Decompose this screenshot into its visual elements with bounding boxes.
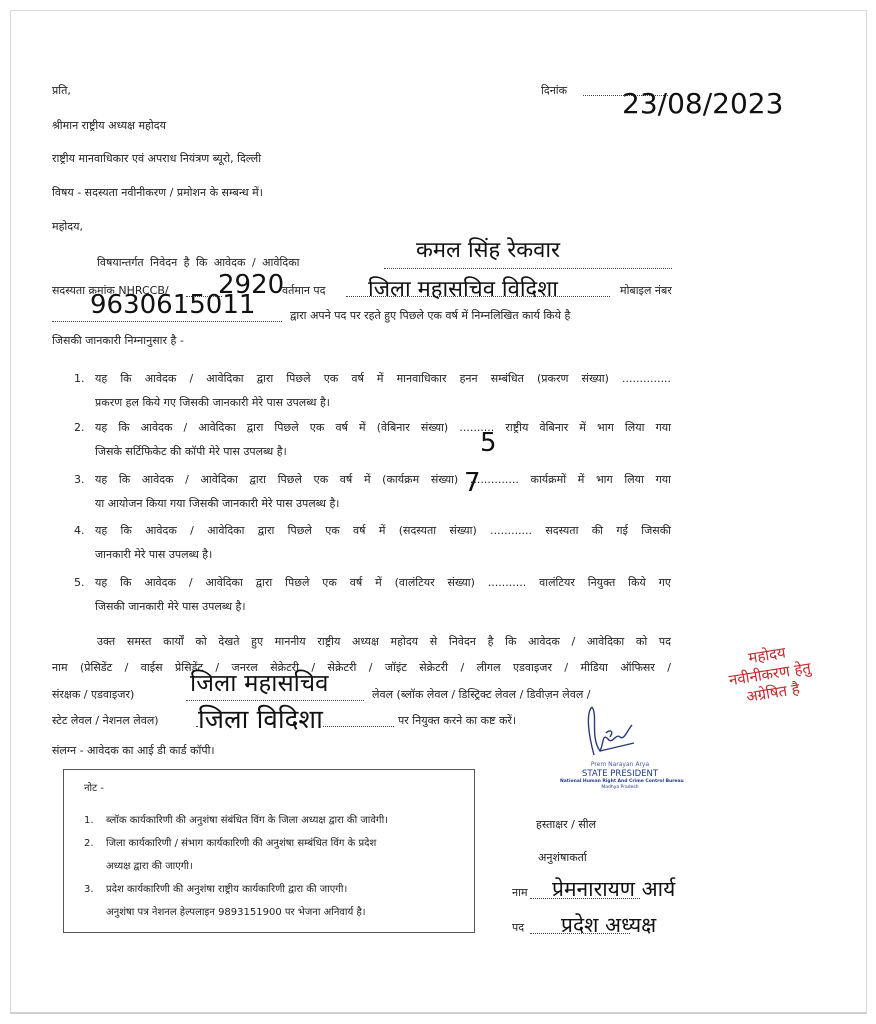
program-count: 7: [464, 468, 481, 498]
applicant-name-dots: [384, 268, 672, 269]
sign-seal-label: हस्ताक्षर / सील: [536, 818, 596, 832]
to-label: प्रति,: [52, 84, 71, 98]
salutation: महोदय,: [52, 220, 83, 234]
work-item-number: 3.: [74, 473, 85, 487]
request-line3-suffix: लेवल (ब्लॉक लेवल / डिस्ट्रिक्ट लेवल / डि…: [372, 688, 591, 702]
requested-level: जिला विदिशा: [198, 705, 323, 735]
para1-end: जिसकी जानकारी निम्नानुसार है -: [52, 334, 184, 348]
work-item-line2: या आयोजन किया गया जिसकी जानकारी मेरे पास…: [95, 497, 339, 511]
mobile-dots: [52, 321, 282, 322]
addressee-line1: श्रीमान राष्ट्रीय अध्यक्ष महोदय: [52, 119, 166, 133]
recommender-post: प्रदेश अध्यक्ष: [561, 912, 656, 938]
request-line4-prefix: स्टेट लेवल / नेशनल लेवल): [52, 714, 159, 728]
request-line4-suffix: पर नियुक्त करने का कष्ट करें।: [398, 714, 516, 728]
work-item-number: 4.: [74, 524, 85, 538]
note-title: नोट -: [84, 782, 104, 796]
addressee-line2: राष्ट्रीय मानवाधिकार एवं अपराध नियंत्रण …: [52, 152, 261, 166]
subject-line: विषय - सदस्यता नवीनीकरण / प्रमोशन के सम्…: [52, 186, 263, 200]
post-dots: [186, 700, 364, 701]
note-box: नोट - 1.ब्लॉक कार्यकारिणी की अनुशंषा संब…: [63, 769, 475, 933]
work-item-number: 2.: [74, 421, 85, 435]
work-item-line2: जानकारी मेरे पास उपलब्ध है।: [95, 548, 212, 562]
requested-post: जिला महासचिव: [190, 669, 328, 697]
date-value: 23/08/2023: [622, 88, 783, 120]
note-item-number: 1.: [84, 814, 94, 828]
note-item-line: जिला कार्यकारिणी / संभाग कार्यकारिणी की …: [106, 837, 376, 851]
signer-region: Madhya Pradesh: [560, 785, 680, 791]
work-item-line2: जिसकी जानकारी मेरे पास उपलब्ध है।: [95, 600, 246, 614]
current-post-value: जिला महासचिव विदिशा: [368, 276, 558, 304]
note-item-number: 2.: [84, 837, 94, 851]
signer-name: Prem Narayan Arya: [560, 761, 680, 769]
webinar-count: 5: [480, 428, 497, 458]
recommender-label: अनुशंषाकर्ता: [538, 851, 587, 865]
note-item-line: ब्लॉक कार्यकारिणी की अनुशंषा संबंधित विं…: [106, 814, 388, 828]
note-item-number: 3.: [84, 883, 94, 897]
work-item-line1: यह कि आवेदक / आवेदिका द्वारा पिछले एक वर…: [95, 524, 671, 538]
work-item-line1: यह कि आवेदक / आवेदिका द्वारा पिछले एक वर…: [95, 372, 671, 386]
current-post-label: वर्तमान पद: [282, 284, 326, 298]
mobile-value: 9630615011: [90, 290, 255, 320]
request-line2: नाम (प्रेसिडेंट / वाईस प्रेसिडेंट / जनरल…: [52, 661, 671, 675]
recommender-name-label: नाम: [512, 886, 528, 900]
attachment-line: संलग्न - आवेदक का आई डी कार्ड कॉपी।: [52, 744, 215, 758]
note-item-line: प्रदेश कार्यकारिणी की अनुशंषा राष्ट्रीय …: [106, 883, 347, 897]
note-item-line: अध्यक्ष द्वारा की जाएगी।: [106, 860, 193, 874]
applicant-name: कमल सिंह रेकवार: [416, 237, 560, 265]
work-item-line1: यह कि आवेदक / आवेदिका द्वारा पिछले एक वर…: [95, 473, 671, 487]
signer-title: STATE PRESIDENT: [560, 769, 680, 779]
work-item-number: 1.: [74, 372, 85, 386]
work-item-line1: यह कि आवेदक / आवेदिका द्वारा पिछले एक वर…: [95, 576, 671, 590]
work-item-number: 5.: [74, 576, 85, 590]
note-item-line: अनुशंषा पत्र नेशनल हेल्पलाइन 9893151900 …: [106, 906, 366, 920]
date-label: दिनांक: [541, 84, 567, 98]
work-item-line1: यह कि आवेदक / आवेदिका द्वारा पिछले एक वर…: [95, 421, 671, 435]
work-item-line2: जिसके सर्टिफिकेट की कॉपी मेरे पास उपलब्ध…: [95, 445, 287, 459]
request-line1: उक्त समस्त कार्यों को देखते हुए माननीय र…: [97, 635, 671, 649]
para1-prefix: विषयान्तर्गत निवेदन है कि आवेदक / आवेदिक…: [97, 256, 300, 270]
signature-seal: Prem Narayan Arya STATE PRESIDENT Nation…: [560, 761, 680, 791]
para1-suffix: द्वारा अपने पद पर रहते हुए पिछले एक वर्ष…: [290, 309, 570, 323]
signature-scribble-icon: [580, 703, 640, 761]
recommender-name: प्रेमनारायण आर्य: [552, 876, 675, 902]
request-line3-prefix: संरक्षक / एडवाइजर): [52, 688, 134, 702]
work-item-line2: प्रकरण हल किये गए जिसकी जानकारी मेरे पास…: [95, 396, 330, 410]
recommender-post-label: पद: [512, 921, 524, 935]
mobile-label: मोबाइल नंबर: [620, 284, 672, 298]
